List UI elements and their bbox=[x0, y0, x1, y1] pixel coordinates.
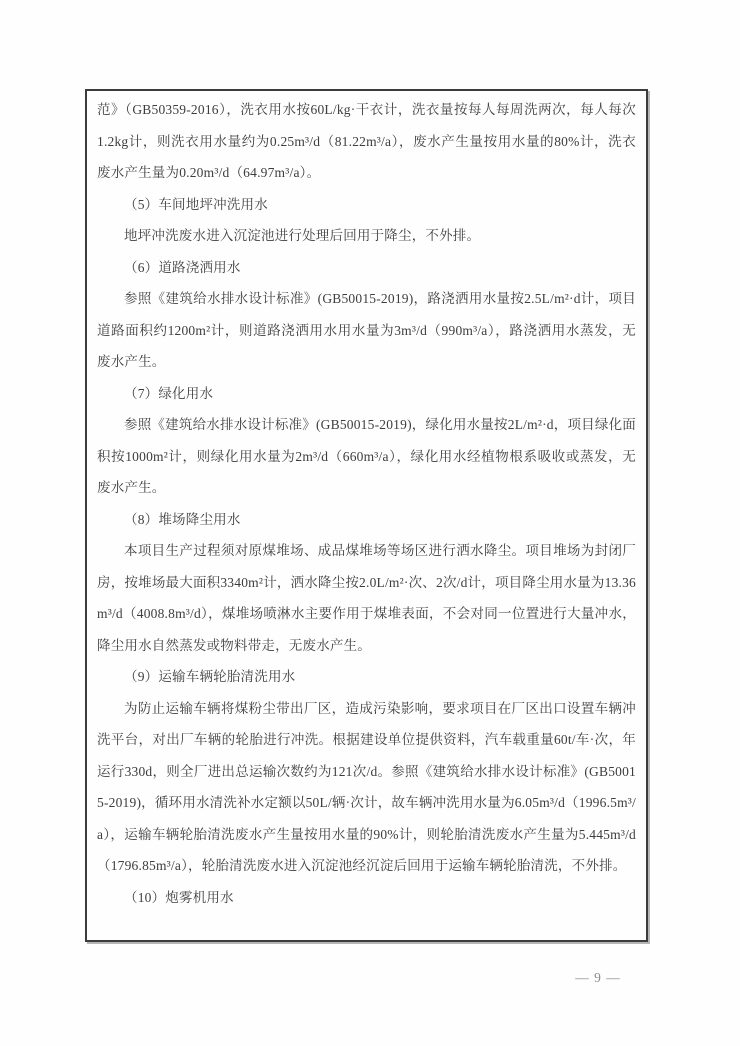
page-number: — 9 — bbox=[548, 970, 648, 986]
heading-workshop-floor-washing-water: （5）车间地坪冲洗用水 bbox=[97, 189, 636, 221]
heading-vehicle-tire-washing-water: （9）运输车辆轮胎清洗用水 bbox=[97, 661, 636, 693]
heading-greening-water: （7）绿化用水 bbox=[97, 378, 636, 410]
document-page: 范》（GB50359-2016），洗衣用水按60L/kg·干衣计，洗衣量按每人每… bbox=[0, 0, 740, 1046]
heading-road-sprinkling-water: （6）道路浇洒用水 bbox=[97, 252, 636, 284]
heading-fog-cannon-water: （10）炮雾机用水 bbox=[97, 882, 636, 914]
paragraph-laundry-water-continuation: 范》（GB50359-2016），洗衣用水按60L/kg·干衣计，洗衣量按每人每… bbox=[97, 94, 636, 189]
paragraph-vehicle-tire-washing-water: 为防止运输车辆将煤粉尘带出厂区，造成污染影响，要求项目在厂区出口设置车辆冲洗平台… bbox=[97, 693, 636, 882]
paragraph-road-sprinkling-water: 参照《建筑给水排水设计标准》(GB50015-2019)，路浇洒用水量按2.5L… bbox=[97, 283, 636, 378]
content-frame: 范》（GB50359-2016），洗衣用水按60L/kg·干衣计，洗衣量按每人每… bbox=[85, 89, 648, 942]
paragraph-greening-water: 参照《建筑给水排水设计标准》(GB50015-2019)，绿化用水量按2L/m²… bbox=[97, 409, 636, 504]
heading-stockyard-dust-suppression-water: （8）堆场降尘用水 bbox=[97, 504, 636, 536]
paragraph-stockyard-dust-suppression-water: 本项目生产过程须对原煤堆场、成品煤堆场等场区进行洒水降尘。项目堆场为封闭厂房，按… bbox=[97, 535, 636, 661]
paragraph-floor-washing-water: 地坪冲洗废水进入沉淀池进行处理后回用于降尘，不外排。 bbox=[97, 220, 636, 252]
